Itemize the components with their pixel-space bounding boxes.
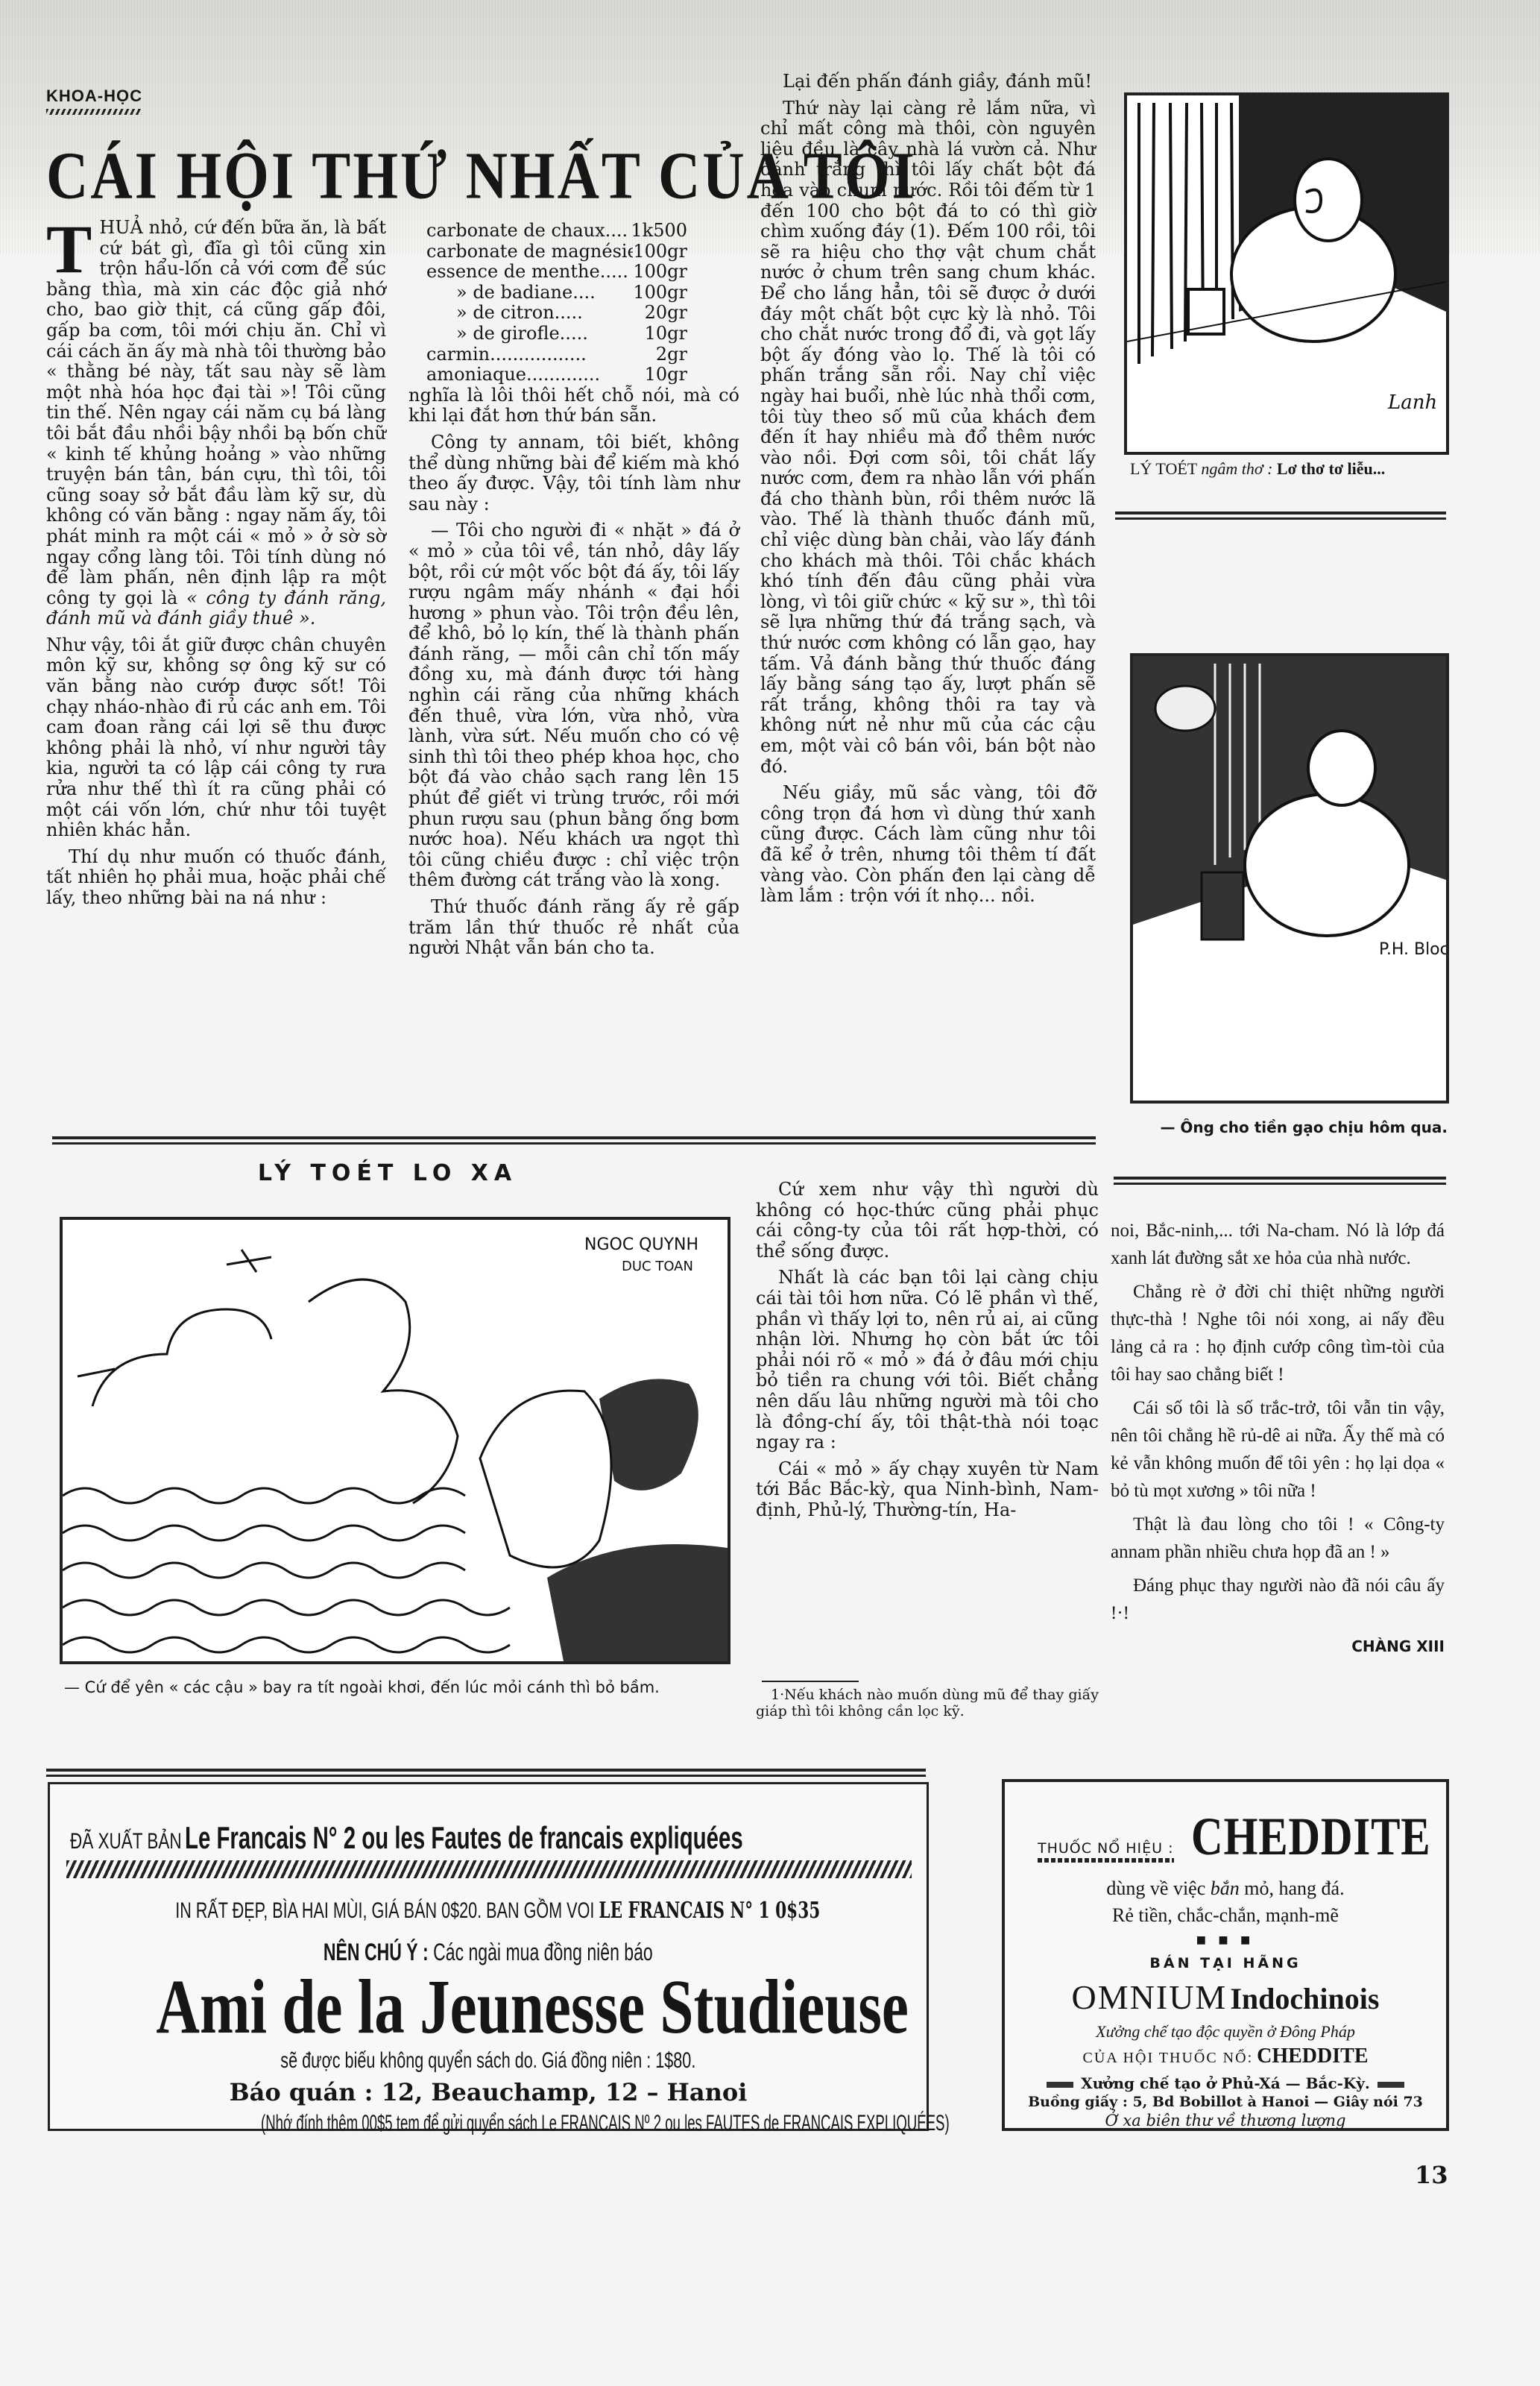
ad-hatch-divider — [66, 1860, 912, 1878]
section-divider — [52, 1136, 1096, 1145]
recipe-quantity: 100gr — [633, 283, 687, 303]
ad-factory-text: Xưởng chế tạo ở Phủ-Xá — Bắc-Kỳ. — [1081, 2074, 1370, 2092]
ad-factory: Xưởng chế tạo ở Phủ-Xá — Bắc-Kỳ. — [1005, 2074, 1446, 2092]
ad-sold-at: BÁN TẠI HÃNG — [1005, 1955, 1446, 1971]
article-column-1: THUẢ nhỏ, cứ đến bữa ăn, là bất cứ bát g… — [46, 218, 386, 915]
section-tag: KHOA-HỌC — [46, 86, 142, 115]
cartoon-ly-toet-ngam-tho: Lanh — [1124, 92, 1449, 455]
cartoon-ly-toet-lo-xa: NGOC QUYNH DUC TOAN — [60, 1217, 730, 1664]
recipe-quantity: 10gr — [645, 365, 687, 385]
ad-notice-text: Các ngài mua đồng niên báo — [433, 1939, 653, 1965]
ad-company: OMNIUM Indochinois — [1005, 1977, 1446, 2017]
caption-name: LÝ TOÉT — [1130, 459, 1197, 478]
footnote-rule — [762, 1681, 859, 1682]
recipe-ingredient: » de badiane.... — [426, 283, 596, 303]
recipe-row: amoniaque.............10gr — [408, 365, 739, 385]
recipe-quantity: 10gr — [645, 324, 687, 344]
recipe-row: carmin.................2gr — [408, 344, 739, 365]
ad-price-bold: LE FRANCAIS N° 1 0$35 — [599, 1898, 820, 1924]
svg-text:P.H. Bloc: P.H. Bloc — [1379, 940, 1446, 959]
recipe-row: » de badiane....100gr — [408, 283, 739, 303]
paragraph: Nhất là các bạn tôi lại càng chịu cái tà… — [756, 1268, 1099, 1452]
ornament-bar-icon — [1047, 2082, 1073, 2088]
ad-subscription-text: sẽ được biếu không quyển sách do. Giá đồ… — [280, 2048, 695, 2074]
article-column-3-lower: Cứ xem như vậy thì người dù không có học… — [756, 1180, 1099, 1527]
ad-notice-label: NÊN CHÚ Ý : — [324, 1939, 429, 1965]
article-column-4: noi, Bắc-ninh,... tới Na-cham. Nó là lớp… — [1111, 1217, 1445, 1661]
ad-postage-text: (Nhớ đính thêm 00$5 tem để gửi quyển sác… — [261, 2111, 950, 2136]
advertisement-le-francais: ĐÃ XUẤT BẢN : Le Francais N° 2 ou les Fa… — [48, 1782, 929, 2131]
paragraph: Thứ này lại càng rẻ lắm nữa, vì chỉ mất … — [760, 98, 1096, 778]
paragraph: Như vậy, tôi ắt giữ được chân chuyên môn… — [46, 635, 386, 841]
paragraph: Lại đến phấn đánh giầy, đánh mũ! — [760, 72, 1096, 92]
ad-society-label: CỦA HỘI THUỐC NỔ: — [1082, 2050, 1253, 2066]
footnote: 1·Nếu khách nào muốn dùng mũ để thay giấ… — [756, 1687, 1099, 1719]
ad-brand-cheddite: CHEDDITE — [1191, 1806, 1431, 1868]
ad-label-underline — [1038, 1858, 1174, 1863]
ad-magazine-title: Ami de la Jeunesse Studieuse — [50, 1966, 927, 2048]
paragraph: Thí dụ như muốn có thuốc đánh, tất nhiên… — [46, 847, 386, 909]
magazine-title-text: Ami de la Jeunesse Studieuse — [156, 1966, 909, 2048]
ad-qualities: Rẻ tiền, chắc-chắn, mạnh-mẽ — [1005, 1904, 1446, 1927]
recipe-row: essence de menthe.....100gr — [408, 262, 739, 283]
recipe-row: » de citron.....20gr — [408, 303, 739, 324]
page-number: 13 — [1415, 2161, 1448, 2189]
recipe-list: carbonate de chaux....1k500carbonate de … — [408, 221, 739, 385]
ad-use-line: dùng về việc bắn mỏ, hang đá. — [1005, 1877, 1446, 1900]
recipe-row: carbonate de chaux....1k500 — [408, 221, 739, 242]
cartoon-tien-gao: P.H. Bloc — [1130, 653, 1449, 1104]
paragraph-text: HUẢ nhỏ, cứ đến bữa ăn, là bất cứ bát gì… — [46, 217, 386, 608]
dropcap: T — [46, 221, 92, 277]
caption-verse: Lơ thơ tơ liễu... — [1277, 459, 1385, 478]
section-divider — [1114, 1177, 1446, 1185]
ad-book-title: Le Francais N° 2 ou les Fautes de franca… — [185, 1820, 743, 1856]
article-column-2: carbonate de chaux....1k500carbonate de … — [408, 221, 739, 965]
ad-text-italic: bắn — [1211, 1877, 1240, 1899]
ad-society: CỦA HỘI THUỐC NỔ: CHEDDITE — [1005, 2045, 1446, 2068]
section-tag-underline — [46, 109, 142, 115]
ad-line-published: ĐÃ XUẤT BẢN : Le Francais N° 2 ou les Fa… — [50, 1820, 927, 1856]
paragraph: Cái số tôi là số trắc-trở, tôi vẫn tin v… — [1111, 1394, 1445, 1505]
cartoon-illustration: Lanh — [1127, 95, 1446, 452]
svg-text:Lanh: Lanh — [1387, 391, 1437, 414]
recipe-ingredient: carbonate de chaux.... — [426, 221, 628, 242]
author-signature: CHÀNG XIII — [1111, 1633, 1445, 1661]
cartoon-illustration: P.H. Bloc — [1133, 656, 1446, 1101]
paragraph: Công ty annam, tôi biết, không thể dùng … — [408, 432, 739, 514]
svg-text:DUC TOAN: DUC TOAN — [622, 1259, 693, 1274]
svg-text:NGOC QUYNH: NGOC QUYNH — [584, 1236, 698, 1254]
cartoon-illustration: NGOC QUYNH DUC TOAN — [63, 1220, 728, 1661]
article-column-3: Lại đến phấn đánh giầy, đánh mũ! Thứ này… — [760, 72, 1096, 913]
section-divider — [46, 1769, 926, 1777]
recipe-ingredient: » de girofle..... — [426, 324, 588, 344]
ad-exclusive: Xưởng chế tạo độc quyền ở Đông Pháp — [1005, 2022, 1446, 2042]
ad-cheddite-label: THUỐC NỔ HIỆU : — [1038, 1840, 1174, 1857]
cartoon-caption-mid-right: — Ông cho tiền gạo chịu hôm qua. — [1127, 1118, 1448, 1136]
recipe-quantity: 100gr — [633, 262, 687, 283]
article-headline: CÁI HỘI THỨ NHẤT CỦA TÔI — [46, 137, 754, 215]
ad-line-subscription: sẽ được biếu không quyển sách do. Giá đồ… — [50, 2048, 927, 2074]
paragraph: THUẢ nhỏ, cứ đến bữa ăn, là bất cứ bát g… — [46, 218, 386, 629]
ornament-icon: ■ ■ ■ — [1005, 1934, 1446, 1946]
paragraph: Đáng phục thay người nào đã nói câu ấy !… — [1111, 1572, 1445, 1627]
ad-line-notice: NÊN CHÚ Ý : Các ngài mua đồng niên báo — [50, 1939, 927, 1966]
recipe-ingredient: carmin................. — [426, 344, 587, 365]
ad-society-brand: CHEDDITE — [1257, 2045, 1368, 2068]
recipe-ingredient: carbonate de magnésie. — [426, 242, 633, 262]
recipe-quantity: 100gr — [633, 242, 687, 262]
paragraph: Chẳng rè ở đời chỉ thiệt những người thự… — [1111, 1278, 1445, 1388]
paragraph: Thật là đau lòng cho tôi ! « Công-ty ann… — [1111, 1511, 1445, 1566]
advertisement-cheddite: THUỐC NỔ HIỆU : CHEDDITE dùng về việc bắ… — [1002, 1779, 1449, 2131]
ad-company-b: Indochinois — [1230, 1982, 1379, 2015]
paragraph: Thứ thuốc đánh răng ấy rẻ gấp trăm lần t… — [408, 897, 739, 959]
recipe-ingredient: » de citron..... — [426, 303, 583, 324]
paragraph: Nếu giầy, mũ sắc vàng, tôi đỡ công trọn … — [760, 783, 1096, 907]
ad-office: Buồng giấy : 5, Bd Bobillot à Hanoi — Gi… — [1005, 2094, 1446, 2110]
ad-label: ĐÃ XUẤT BẢN : — [70, 1829, 191, 1854]
recipe-quantity: 2gr — [656, 344, 687, 365]
ad-correspondence: Ở xa biên thư về thương lượng — [1005, 2112, 1446, 2130]
paragraph: nghĩa là lôi thôi hết chỗ nói, mà có khi… — [408, 385, 739, 426]
recipe-quantity: 20gr — [645, 303, 687, 324]
recipe-row: » de girofle.....10gr — [408, 324, 739, 344]
ad-address: Báo quán : 12, Beauchamp, 12 – Hanoi — [50, 2078, 927, 2106]
cartoon-caption-main: — Cứ để yên « các cậu » bay ra tít ngoài… — [64, 1675, 720, 1700]
recipe-quantity: 1k500 — [631, 221, 687, 242]
paragraph: noi, Bắc-ninh,... tới Na-cham. Nó là lớp… — [1111, 1217, 1445, 1272]
paragraph: — Tôi cho người đi « nhặt » đá ở « mỏ » … — [408, 520, 739, 891]
paragraph: Cứ xem như vậy thì người dù không có học… — [756, 1180, 1099, 1262]
ad-line-postage: (Nhớ đính thêm 00$5 tem để gửi quyển sác… — [50, 2111, 927, 2136]
recipe-ingredient: essence de menthe..... — [426, 262, 628, 283]
paragraph: Cái « mỏ » ấy chạy xuyên từ Nam tới Bắc … — [756, 1459, 1099, 1521]
ad-text: dùng về việc — [1106, 1877, 1205, 1899]
ad-price-text: IN RẤT ĐẸP, BÌA HAI MÙI, GIÁ BÁN 0$20. B… — [175, 1898, 594, 1923]
caption-italic: ngâm thơ : — [1201, 459, 1272, 478]
ad-cheddite-label-wrap: THUỐC NỔ HIỆU : — [1038, 1840, 1174, 1863]
recipe-row: carbonate de magnésie.100gr — [408, 242, 739, 262]
cartoon-caption-top-right: LÝ TOÉT ngâm thơ : Lơ thơ tơ liễu... — [1130, 459, 1451, 479]
ad-line-price: IN RẤT ĐẸP, BÌA HAI MÙI, GIÁ BÁN 0$20. B… — [50, 1898, 927, 1924]
ad-company-a: OMNIUM — [1072, 1978, 1228, 2016]
ad-text: mỏ, hang đá. — [1244, 1877, 1344, 1899]
section-tag-label: KHOA-HỌC — [46, 86, 142, 105]
recipe-ingredient: amoniaque............. — [426, 365, 600, 385]
cartoon-title: LÝ TOÉT LO XA — [45, 1160, 730, 1186]
ornament-bar-icon — [1378, 2082, 1404, 2088]
section-divider — [1115, 511, 1446, 520]
